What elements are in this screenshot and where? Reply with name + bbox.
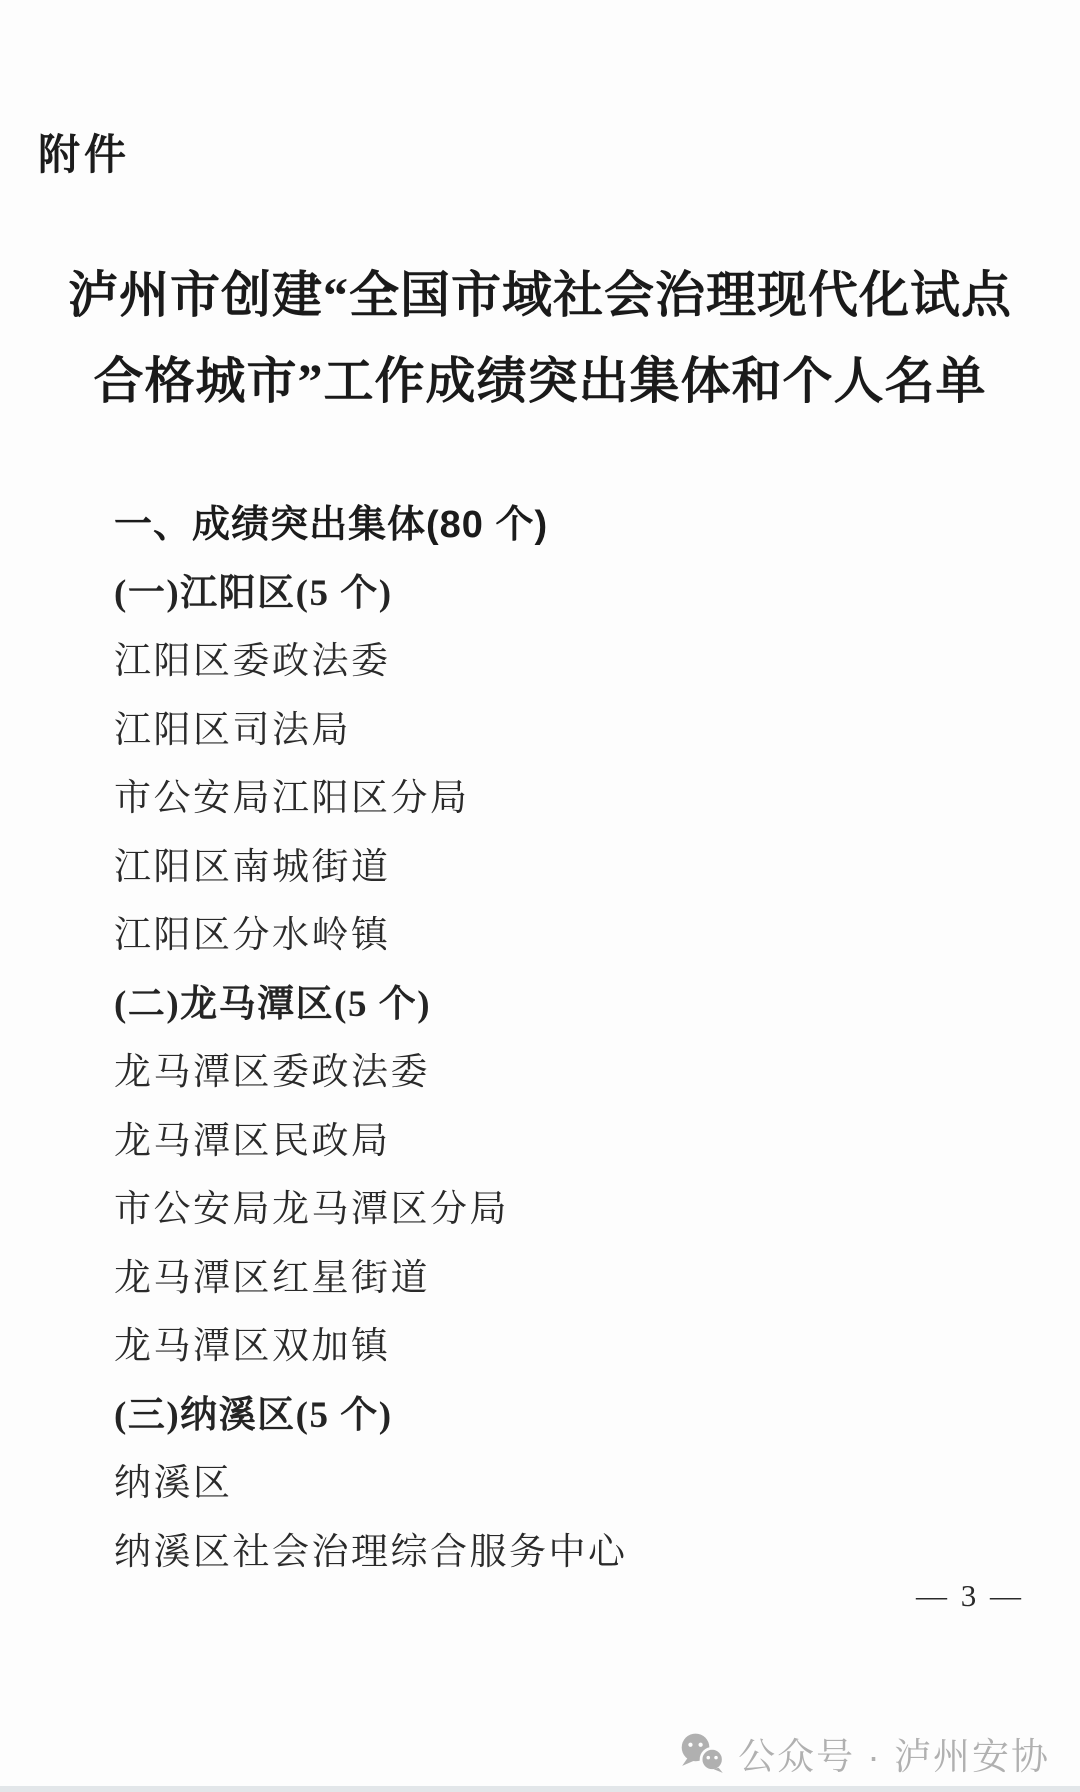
section-heading: 一、成绩突出集体(80 个): [114, 486, 1040, 555]
list-item: 龙马潭区民政局: [114, 1103, 1040, 1172]
wechat-icon: [678, 1732, 726, 1774]
attachment-label: 附件: [38, 122, 130, 182]
list-item: 江阳区分水岭镇: [114, 897, 1040, 966]
footer-watermark: 公众号 · 泸州安协: [678, 1726, 1050, 1780]
list-item: 市公安局江阳区分局: [114, 760, 1040, 829]
list-item: 市公安局龙马潭区分局: [114, 1171, 1040, 1240]
scan-bottom-edge: [0, 1786, 1080, 1792]
subsection-heading: (三)纳溪区(5 个): [114, 1377, 1040, 1446]
list-item: 江阳区南城街道: [114, 829, 1040, 898]
list-item: 龙马潭区双加镇: [114, 1308, 1040, 1377]
list-item: 江阳区司法局: [114, 692, 1040, 761]
list-item: 龙马潭区红星街道: [114, 1240, 1040, 1309]
document-title-line-2: 合格城市”工作成绩突出集体和个人名单: [0, 334, 1080, 420]
subsection-heading: (一)江阳区(5 个): [114, 555, 1040, 624]
document-title: 泸州市创建“全国市域社会治理现代化试点 合格城市”工作成绩突出集体和个人名单: [0, 248, 1080, 420]
document-title-line-1: 泸州市创建“全国市域社会治理现代化试点: [0, 248, 1080, 334]
list-item: 江阳区委政法委: [114, 623, 1040, 692]
list-item: 龙马潭区委政法委: [114, 1034, 1040, 1103]
page-number: — 3 —: [916, 1578, 1024, 1614]
award-list: 一、成绩突出集体(80 个) (一)江阳区(5 个) 江阳区委政法委 江阳区司法…: [114, 486, 1040, 1582]
footer-watermark-text: 公众号 · 泸州安协: [738, 1726, 1050, 1780]
list-item: 纳溪区社会治理综合服务中心: [114, 1514, 1040, 1583]
list-item: 纳溪区: [114, 1445, 1040, 1514]
document-page: 附件 泸州市创建“全国市域社会治理现代化试点 合格城市”工作成绩突出集体和个人名…: [0, 0, 1080, 1792]
subsection-heading: (二)龙马潭区(5 个): [114, 966, 1040, 1035]
